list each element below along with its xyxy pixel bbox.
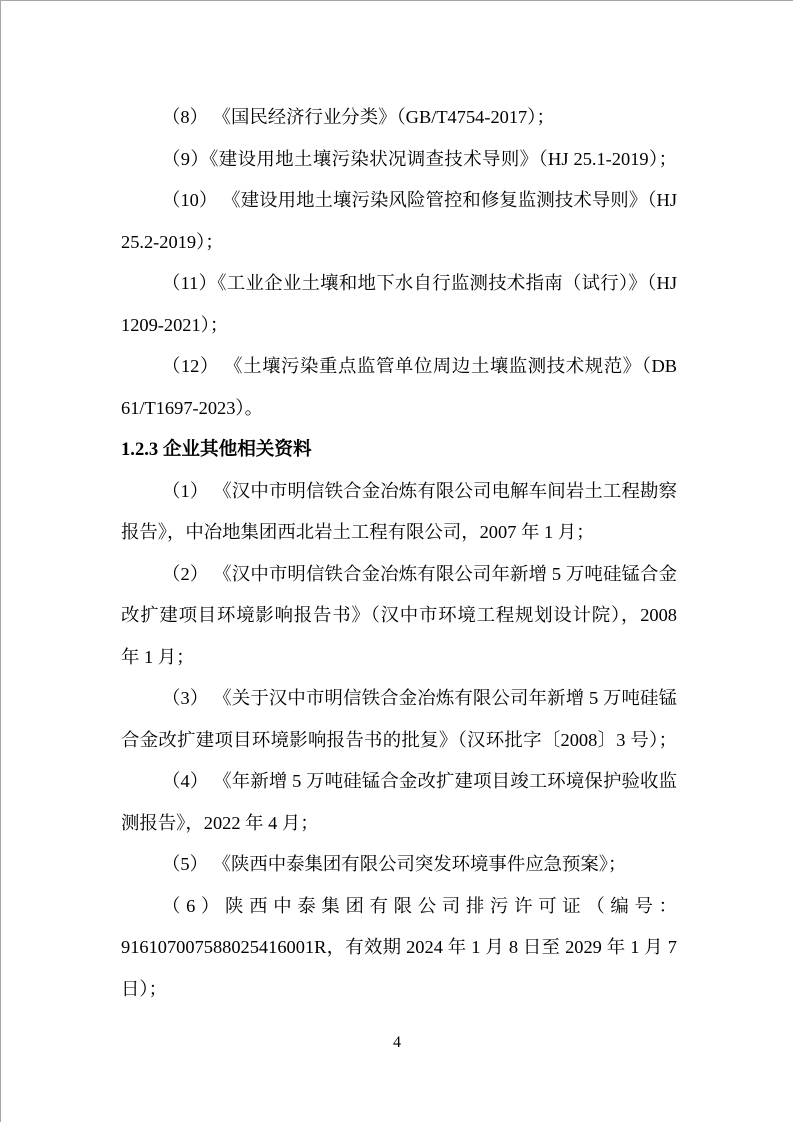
section-heading: 1.2.3 企业其他相关资料: [121, 429, 677, 471]
reference-line: （11）《工业企业土壤和地下水自行监测技术指南（试行）》（HJ: [121, 263, 677, 305]
reference-line: （6）陕西中泰集团有限公司排污许可证（编号：: [121, 886, 677, 928]
reference-line: （3） 《关于汉中市明信铁合金冶炼有限公司年新增 5 万吨硅锰: [121, 678, 677, 720]
reference-line: （4） 《年新增 5 万吨硅锰合金改扩建项目竣工环境保护验收监: [121, 761, 677, 803]
reference-line: （5） 《陕西中泰集团有限公司突发环境事件应急预案》；: [121, 844, 677, 886]
reference-line: （2） 《汉中市明信铁合金冶炼有限公司年新增 5 万吨硅锰合金: [121, 554, 677, 596]
reference-line: （1） 《汉中市明信铁合金冶炼有限公司电解车间岩土工程勘察: [121, 471, 677, 513]
reference-line: 测报告》，2022 年 4 月；: [121, 803, 677, 845]
reference-line: 报告》，中冶地集团西北岩土工程有限公司，2007 年 1 月；: [121, 512, 677, 554]
document-page: （8） 《国民经济行业分类》（GB/T4754-2017）； （9）《建设用地土…: [0, 0, 793, 1122]
reference-line: 年 1 月；: [121, 637, 677, 679]
reference-line: 25.2-2019）；: [121, 222, 677, 264]
reference-line: 日）；: [121, 969, 677, 1011]
reference-line: 61/T1697-2023）。: [121, 388, 677, 430]
reference-line: 改扩建项目环境影响报告书》（汉中市环境工程规划设计院），2008: [121, 595, 677, 637]
reference-line: （9）《建设用地土壤污染状况调查技术导则》（HJ 25.1-2019）；: [121, 139, 677, 181]
reference-line: 合金改扩建项目环境影响报告书的批复》（汉环批字〔2008〕3 号）；: [121, 720, 677, 762]
reference-line: 916107007588025416001R，有效期 2024 年 1 月 8 …: [121, 927, 677, 969]
reference-line: （8） 《国民经济行业分类》（GB/T4754-2017）；: [121, 97, 677, 139]
page-number: 4: [1, 1032, 793, 1054]
reference-line: 1209-2021）；: [121, 305, 677, 347]
document-text-block: （8） 《国民经济行业分类》（GB/T4754-2017）； （9）《建设用地土…: [121, 97, 677, 1010]
reference-line: （10） 《建设用地土壤污染风险管控和修复监测技术导则》（HJ: [121, 180, 677, 222]
reference-line: （12） 《土壤污染重点监管单位周边土壤监测技术规范》（DB: [121, 346, 677, 388]
